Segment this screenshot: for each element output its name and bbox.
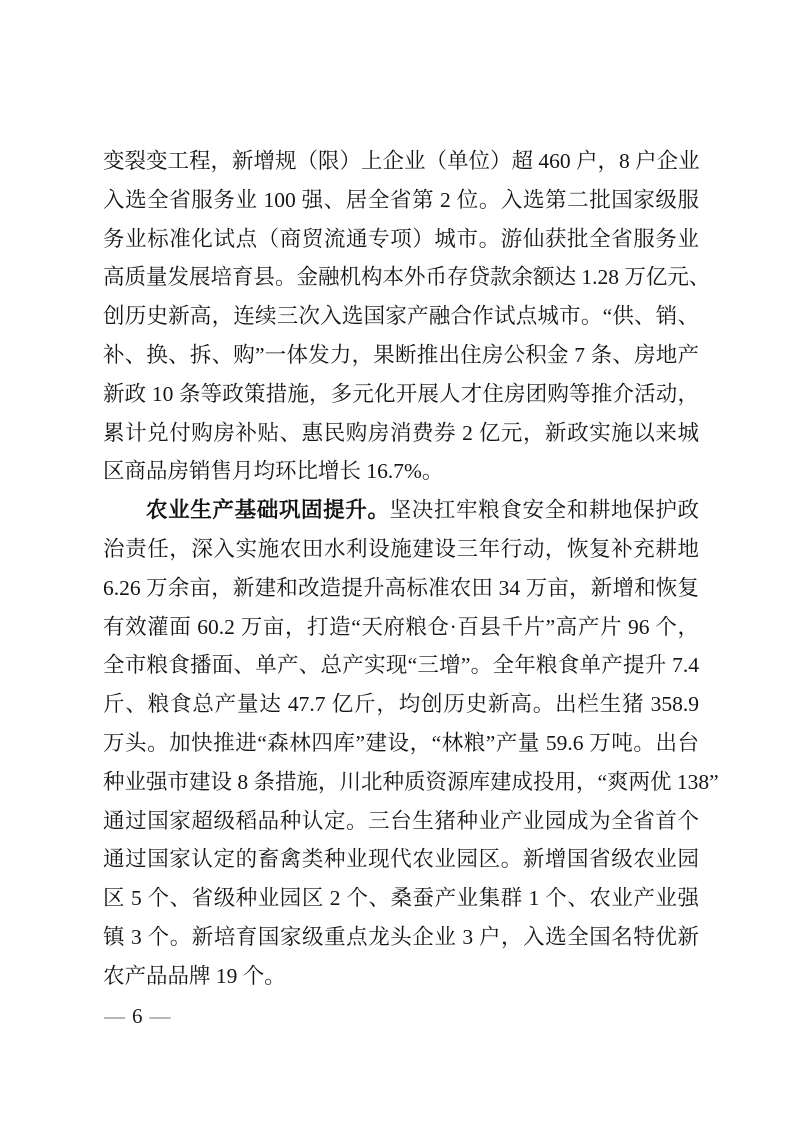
text-line: 创历史新高，连续三次入选国家产融合作试点城市。“供、销、 [103,297,699,336]
text-line: 区 5 个、省级种业园区 2 个、桑蚕产业集群 1 个、农业产业强 [103,879,699,918]
text-line: 通过国家超级稻品种认定。三台生猪种业产业园成为全省首个 [103,802,699,841]
text-line: 累计兑付购房补贴、惠民购房消费券 2 亿元，新政实施以来城 [103,414,699,453]
text-line: 有效灌面 60.2 万亩，打造“天府粮仓·百县千片”高产片 96 个， [103,608,699,647]
text-line: 全市粮食播面、单产、总产实现“三增”。全年粮食单产提升 7.4 [103,646,699,685]
text-line: 变裂变工程，新增规（限）上企业（单位）超 460 户，8 户企业 [103,142,699,181]
text-line: 高质量发展培育县。金融机构本外币存贷款余额达 1.28 万亿元、 [103,258,699,297]
text-line: 农业生产基础巩固提升。坚决扛牢粮食安全和耕地保护政 [103,491,699,530]
text-line: 斤、粮食总产量达 47.7 亿斤，均创历史新高。出栏生猪 358.9 [103,685,699,724]
page-footer: — 6 — [104,1001,171,1031]
text-line: 农产品品牌 19 个。 [103,957,699,996]
page-number: 6 [132,1001,143,1031]
text-line: 区商品房销售月均环比增长 16.7%。 [103,452,699,491]
text-line: 治责任，深入实施农田水利设施建设三年行动，恢复补充耕地 [103,530,699,569]
document-page: 变裂变工程，新增规（限）上企业（单位）超 460 户，8 户企业入选全省服务业 … [0,0,793,1122]
text-line: 6.26 万余亩，新建和改造提升高标准农田 34 万亩，新增和恢复 [103,569,699,608]
text-line: 新政 10 条等政策措施，多元化开展人才住房团购等推介活动， [103,375,699,414]
document-body: 变裂变工程，新增规（限）上企业（单位）超 460 户，8 户企业入选全省服务业 … [103,142,699,996]
text-line: 种业强市建设 8 条措施，川北种质资源库建成投用，“爽两优 138” [103,763,699,802]
text-line: 万头。加快推进“森林四库”建设，“林粮”产量 59.6 万吨。出台 [103,724,699,763]
paragraph-lead-bold: 农业生产基础巩固提升。 [146,498,390,522]
paragraph: 变裂变工程，新增规（限）上企业（单位）超 460 户，8 户企业入选全省服务业 … [103,142,699,491]
text-line: 入选全省服务业 100 强、居全省第 2 位。入选第二批国家级服 [103,181,699,220]
paragraph: 农业生产基础巩固提升。坚决扛牢粮食安全和耕地保护政治责任，深入实施农田水利设施建… [103,491,699,995]
text-line: 镇 3 个。新培育国家级重点龙头企业 3 户，入选全国名特优新 [103,918,699,957]
text-line: 务业标准化试点（商贸流通专项）城市。游仙获批全省服务业 [103,220,699,259]
text-line: 补、换、拆、购”一体发力，果断推出住房公积金 7 条、房地产 [103,336,699,375]
footer-dash-right: — [150,1001,171,1031]
text-line: 通过国家认定的畜禽类种业现代农业园区。新增国省级农业园 [103,840,699,879]
footer-dash-left: — [104,1001,125,1031]
